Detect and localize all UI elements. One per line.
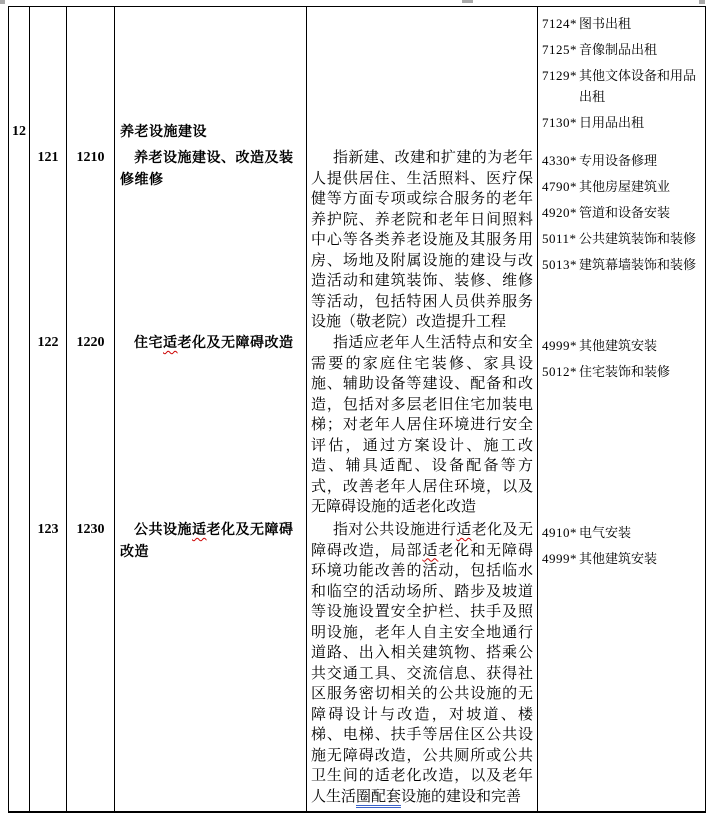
industry-code-entry: 5013*建筑幕墙装饰和装修: [542, 254, 702, 275]
industry-code-label: 图书出租: [579, 16, 631, 31]
column-divider: [66, 7, 67, 811]
industry-code-number: 7124*: [542, 13, 579, 34]
group-serial: 12: [9, 122, 29, 142]
entry-description: 指新建、改建和扩建的为老年人提供居住、生活照料、医疗保健等方面专项或综合服务的老…: [311, 148, 533, 333]
entry-code: 1230: [67, 520, 114, 540]
industry-code-label: 公共建筑装饰和装修: [579, 231, 696, 246]
industry-code-entry: 7130*日用品出租: [542, 112, 702, 133]
industry-code-number: 4330*: [542, 150, 579, 171]
text-segment: 指对公共设施进行: [333, 522, 456, 538]
industry-code-label: 日用品出租: [579, 115, 644, 130]
industry-code-entry: 7129*其他文体设备和用品出租: [542, 65, 702, 107]
industry-code-number: 4920*: [542, 202, 579, 223]
industry-code-number: 5012*: [542, 361, 579, 382]
proofing-mark-red: 适: [456, 522, 471, 538]
entry-name: 住宅适老化及无障碍改造: [120, 333, 302, 355]
industry-code-number: 7129*: [542, 65, 579, 86]
crop-remnant-mark: [462, 0, 473, 3]
industry-code-label: 电气安装: [579, 525, 631, 540]
industry-code-number: 5013*: [542, 254, 579, 275]
proofing-mark-red: 适: [422, 543, 438, 559]
industry-code-label: 其他文体设备和用品出租: [579, 68, 696, 104]
entry-serial: 123: [30, 520, 66, 540]
industry-code-number: 4999*: [542, 335, 579, 356]
industry-code-label: 其他房屋建筑业: [579, 179, 670, 194]
text-segment: 老化和无障碍环境功能改善的活动，包括临水和临空的活动场所、踏步及坡道等设施设置安…: [311, 543, 533, 805]
column-divider: [537, 7, 538, 811]
entry-name: 养老设施建设、改造及装修维修: [120, 148, 302, 192]
text-segment: 指新建、改建和扩建的为老年人提供居住、生活照料、医疗保健等方面专项或综合服务的老…: [311, 150, 533, 330]
industry-code-label: 其他建筑安装: [579, 338, 657, 353]
entry-code: 1210: [67, 148, 114, 168]
entry-description: 指适应老年人生活特点和安全需要的家庭住宅装修、家具设施、辅助设备等建设、配备和改…: [311, 333, 533, 518]
column-divider: [306, 7, 307, 811]
industry-code-entry: 7125*音像制品出租: [542, 39, 702, 60]
industry-code-label: 音像制品出租: [579, 42, 657, 57]
entry-name: 公共设施适老化及无障碍改造: [120, 520, 302, 564]
text-segment: 住宅: [134, 336, 163, 351]
industry-code-label: 其他建筑安装: [579, 551, 657, 566]
industry-code-number: 7130*: [542, 112, 579, 133]
industry-code-number: 5011*: [542, 228, 579, 249]
industry-code-entry: 4999*其他建筑安装: [542, 335, 702, 356]
crop-remnant-mark: [0, 0, 5, 4]
industry-code-entry: 5011*公共建筑装饰和装修: [542, 228, 702, 249]
industry-code-label: 建筑幕墙装饰和装修: [579, 257, 696, 272]
text-segment: 老化及无障碍改造: [178, 336, 294, 351]
text-segment: 养老设施建设、改造及装修维修: [120, 151, 294, 188]
entry-serial: 121: [30, 148, 66, 168]
entry-industry-codes: 4999*其他建筑安装 5012*住宅装饰和装修: [542, 335, 702, 387]
crop-remnant-mark: [699, 0, 705, 4]
entry-serial: 122: [30, 333, 66, 353]
text-segment: 指适应老年人生活特点和安全需要的家庭住宅装修、家具设施、辅助设备等建设、配备和改…: [311, 335, 533, 515]
industry-code-label: 专用设备修理: [579, 153, 657, 168]
industry-code-label: 住宅装饰和装修: [579, 364, 670, 379]
industry-code-entry: 4910*电气安装: [542, 522, 702, 543]
industry-code-entry: 4920*管道和设备安装: [542, 202, 702, 223]
industry-code-number: 4790*: [542, 176, 579, 197]
industry-code-number: 4999*: [542, 548, 579, 569]
proofing-mark-red: 适: [163, 336, 178, 351]
proofing-mark-red: 适: [192, 523, 207, 538]
industry-code-entry: 4330*专用设备修理: [542, 150, 702, 171]
industry-code-entry: 4999*其他建筑安装: [542, 548, 702, 569]
group-name: 养老设施建设: [120, 122, 302, 144]
text-segment: 公共设施: [134, 523, 192, 538]
entry-description: 指对公共设施进行适老化及无障碍改造，局部适老化和无障碍环境功能改善的活动，包括临…: [311, 520, 533, 807]
proofing-mark-blue: 圈配套: [356, 789, 401, 808]
industry-code-label: 管道和设备安装: [579, 205, 670, 220]
industry-code-entry: 7124*图书出租: [542, 13, 702, 34]
industry-code-number: 7125*: [542, 39, 579, 60]
industry-code-entry: 5012*住宅装饰和装修: [542, 361, 702, 382]
carryover-industry-codes: 7124*图书出租 7125*音像制品出租 7129*其他文体设备和用品出租 7…: [542, 13, 702, 138]
entry-industry-codes: 4910*电气安装 4999*其他建筑安装: [542, 522, 702, 574]
entry-code: 1220: [67, 333, 114, 353]
column-divider: [114, 7, 115, 811]
industry-code-entry: 4790*其他房屋建筑业: [542, 176, 702, 197]
entry-industry-codes: 4330*专用设备修理 4790*其他房屋建筑业 4920*管道和设备安装 50…: [542, 150, 702, 280]
classification-table: 7124*图书出租 7125*音像制品出租 7129*其他文体设备和用品出租 7…: [8, 6, 706, 813]
industry-code-number: 4910*: [542, 522, 579, 543]
document-page: 7124*图书出租 7125*音像制品出租 7129*其他文体设备和用品出租 7…: [0, 0, 706, 815]
text-segment: 设施的建设和完善: [401, 789, 521, 805]
column-divider: [29, 7, 30, 811]
